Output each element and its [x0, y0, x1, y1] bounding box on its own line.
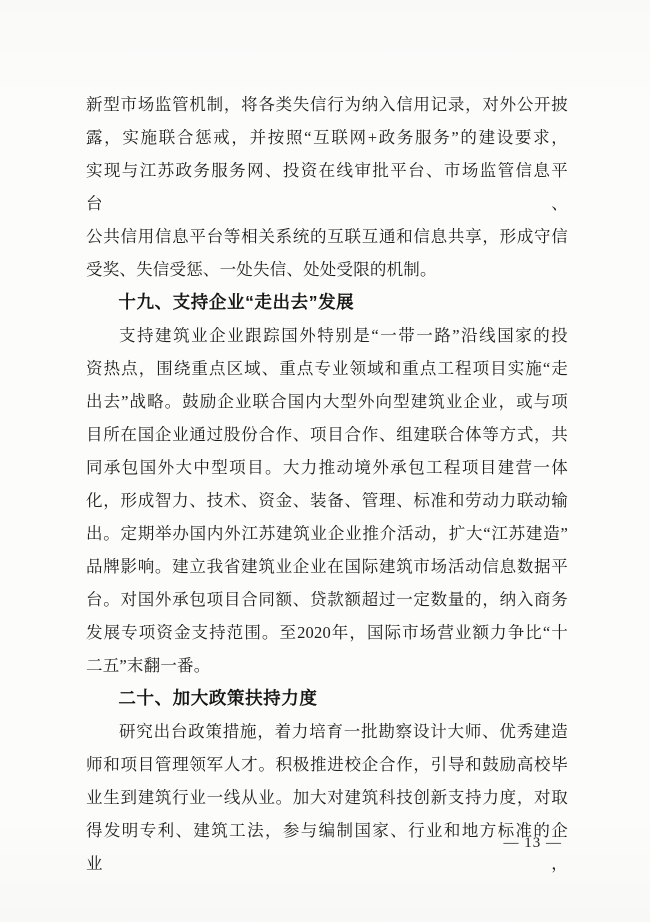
body-line: 实现与江苏政务服务网、投资在线审批平台、市场监管信息平台、 — [86, 154, 568, 220]
paragraph-continuation: 新型市场监管机制，将各类失信行为纳入信用记录，对外公开披 露，实施联合惩戒，并按… — [86, 88, 568, 286]
body-line: 出去”战略。鼓励企业联合国内大型外向型建筑业企业，或与项 — [86, 385, 568, 418]
document-page: 新型市场监管机制，将各类失信行为纳入信用记录，对外公开披 露，实施联合惩戒，并按… — [0, 0, 650, 922]
body-line: 新型市场监管机制，将各类失信行为纳入信用记录，对外公开披 — [86, 88, 568, 121]
body-line: 露，实施联合惩戒，并按照“互联网+政务服务”的建设要求， — [86, 121, 568, 154]
body-line: 业生到建筑行业一线从业。加大对建筑科技创新支持力度，对取 — [86, 781, 568, 814]
document-text-block: 新型市场监管机制，将各类失信行为纳入信用记录，对外公开披 露，实施联合惩戒，并按… — [86, 88, 568, 880]
body-line: 公共信用信息平台等相关系统的互联互通和信息共享，形成守信 — [86, 220, 568, 253]
body-line: 受奖、失信受惩、一处失信、处处受限的机制。 — [86, 253, 568, 286]
page-number: — 13 — — [504, 832, 563, 854]
body-line: 目所在国企业通过股份合作、项目合作、组建联合体等方式，共 — [86, 418, 568, 451]
paragraph-section-20: 研究出台政策措施，着力培育一批勘察设计大师、优秀建造 师和项目管理领军人才。积极… — [86, 715, 568, 880]
body-line: 同承包国外大中型项目。大力推动境外承包工程项目建营一体 — [86, 451, 568, 484]
body-line: 台。对国外承包项目合同额、贷款额超过一定数量的，纳入商务 — [86, 583, 568, 616]
body-line: 资热点，围绕重点区域、重点专业领域和重点工程项目实施“走 — [86, 352, 568, 385]
body-line: 发展专项资金支持范围。至2020年，国际市场营业额力争比“十 — [86, 616, 568, 649]
body-line: 化，形成智力、技术、资金、装备、管理、标准和劳动力联动输 — [86, 484, 568, 517]
body-line: 得发明专利、建筑工法，参与编制国家、行业和地方标准的企业， — [86, 814, 568, 880]
body-line: 师和项目管理领军人才。积极推进校企合作，引导和鼓励高校毕 — [86, 748, 568, 781]
body-line: 品牌影响。建立我省建筑业企业在国际建筑市场活动信息数据平 — [86, 550, 568, 583]
body-line: 二五”末翻一番。 — [86, 649, 568, 682]
section-heading-20: 二十、加大政策扶持力度 — [86, 682, 568, 715]
body-line: 研究出台政策措施，着力培育一批勘察设计大师、优秀建造 — [86, 715, 568, 748]
body-line: 出。定期举办国内外江苏建筑业企业推介活动，扩大“江苏建造” — [86, 517, 568, 550]
paragraph-section-19: 支持建筑业企业跟踪国外特别是“一带一路”沿线国家的投 资热点，围绕重点区域、重点… — [86, 319, 568, 682]
section-heading-19: 十九、支持企业“走出去”发展 — [86, 286, 568, 319]
body-line: 支持建筑业企业跟踪国外特别是“一带一路”沿线国家的投 — [86, 319, 568, 352]
